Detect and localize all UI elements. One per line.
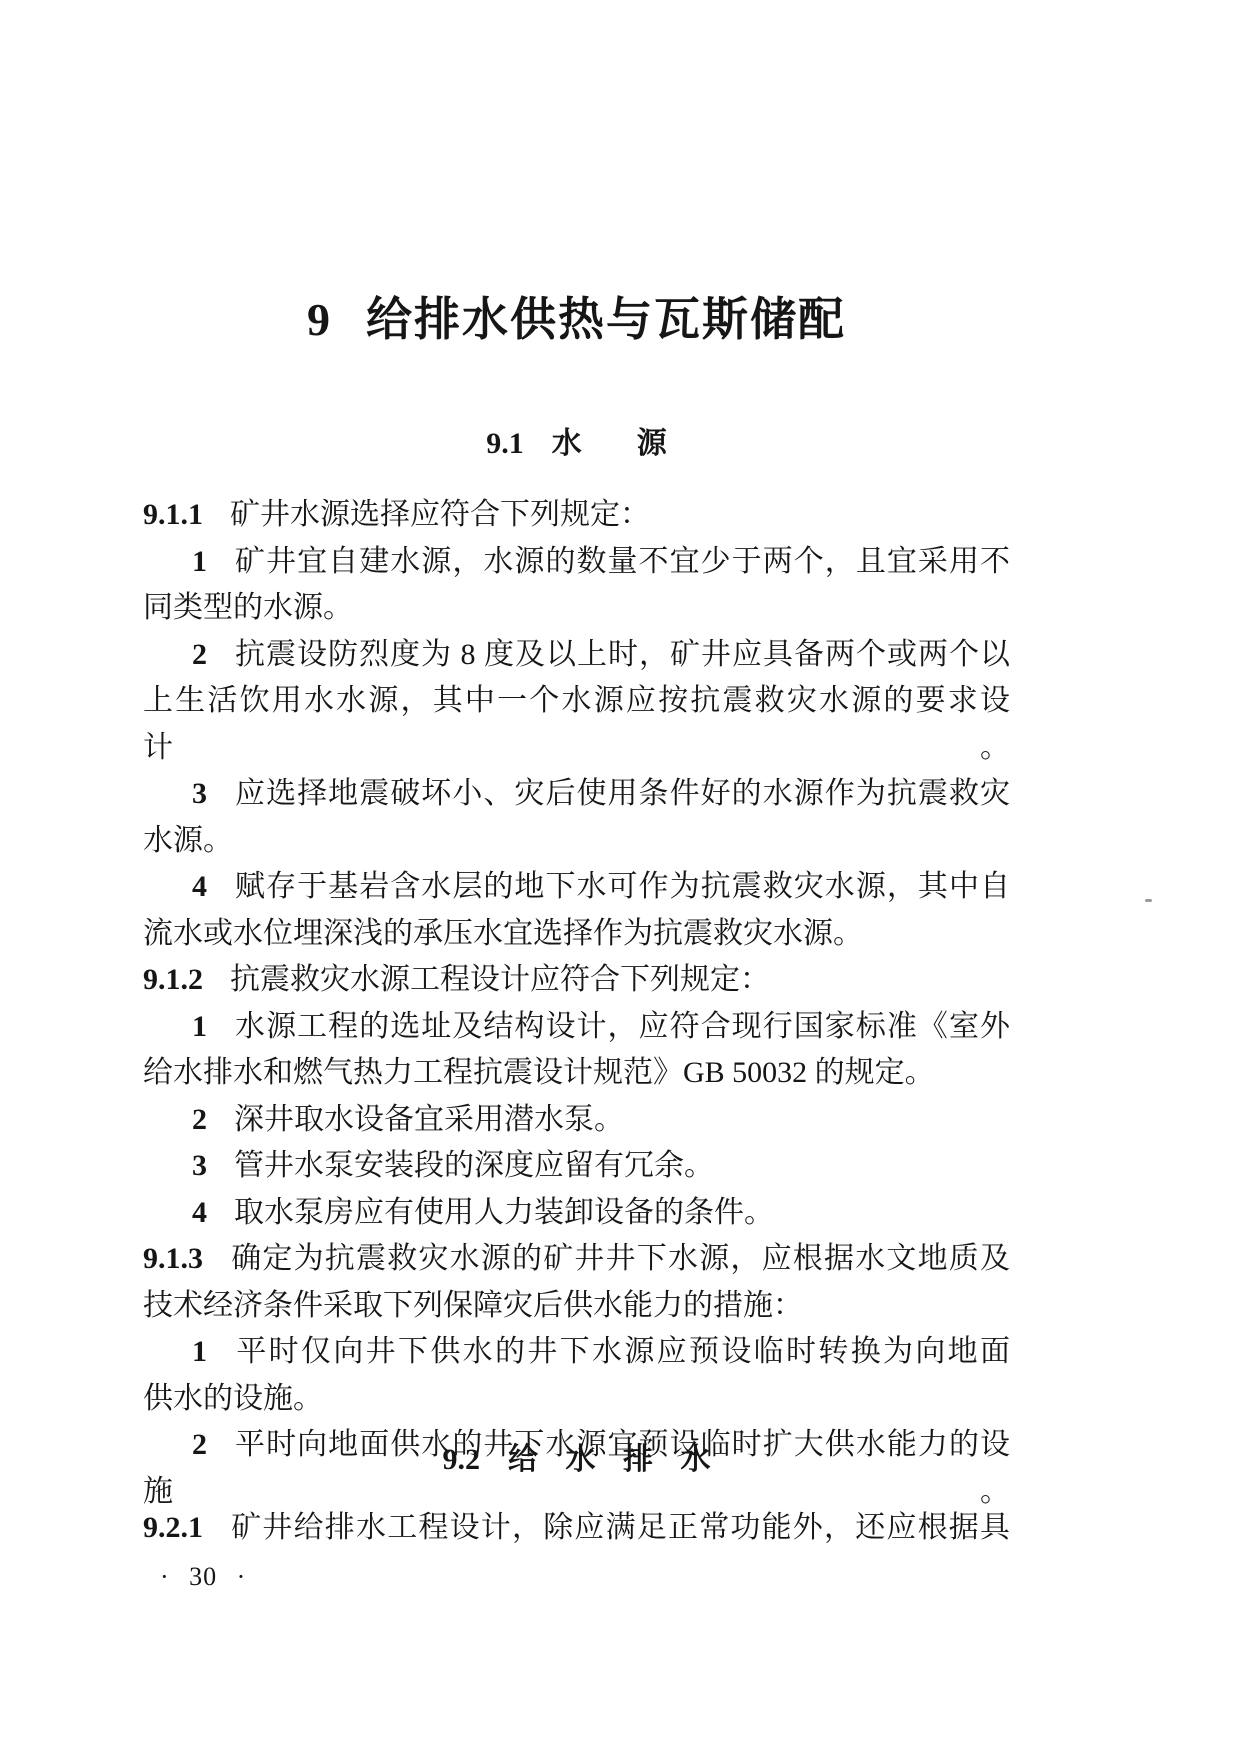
section-heading-9-1: 9.1水 源 <box>143 424 1010 464</box>
clause-line: 9.1.1矿井水源选择应符合下列规定： <box>143 492 1010 539</box>
clause-text: 上生活饮用水水源，其中一个水源应按抗震救灾水源的要求设计。 <box>143 684 1010 764</box>
clause-text: 给水排水和燃气热力工程抗震设计规范》GB 50032 的规定。 <box>143 1056 935 1089</box>
clause-line: 9.1.3确定为抗震救灾水源的矿井井下水源，应根据水文地质及 <box>143 1236 1010 1283</box>
clause-number: 9.1.3 <box>143 1242 203 1275</box>
continuation-line: 同类型的水源。 <box>143 585 1010 632</box>
clause-text: 矿井给排水工程设计，除应满足正常功能外，还应根据具 <box>230 1511 1010 1544</box>
clause-text: 流水或水位埋深浅的承压水宜选择作为抗震救灾水源。 <box>143 917 863 950</box>
clause-number: 9.1.1 <box>143 498 203 531</box>
continuation-line: 给水排水和燃气热力工程抗震设计规范》GB 50032 的规定。 <box>143 1050 1010 1097</box>
clause-line: 1平时仅向井下供水的井下水源应预设临时转换为向地面 <box>143 1329 1010 1376</box>
section-number: 9.1 <box>486 427 524 460</box>
chapter-title: 9给排水供热与瓦斯储配 <box>143 292 1010 348</box>
continuation-line: 技术经济条件采取下列保障灾后供水能力的措施： <box>143 1283 1010 1330</box>
clause-text: 矿井宜自建水源，水源的数量不宜少于两个，且宜采用不 <box>234 545 1010 578</box>
clause-number: 1 <box>192 1335 207 1368</box>
clause-text: 赋存于基岩含水层的地下水可作为抗震救灾水源，其中自 <box>234 870 1010 903</box>
clause-text: 水源。 <box>143 824 233 857</box>
section-title: 给 水 排 水 <box>508 1443 711 1476</box>
page-number: · 30 · <box>160 1562 246 1592</box>
clause-line: 2抗震设防烈度为 8 度及以上时，矿井应具备两个或两个以 <box>143 632 1010 679</box>
clause-text: 同类型的水源。 <box>143 591 353 624</box>
clause-line: 3管井水泵安装段的深度应留有冗余。 <box>143 1143 1010 1190</box>
section-heading-9-2: 9.2给 水 排 水 <box>143 1440 1010 1480</box>
clause-number: 4 <box>192 1196 207 1229</box>
clause-number: 2 <box>192 638 207 671</box>
clause-line: 2深井取水设备宜采用潜水泵。 <box>143 1097 1010 1144</box>
clause-text: 确定为抗震救灾水源的矿井井下水源，应根据水文地质及 <box>230 1242 1010 1275</box>
clause-line: 4赋存于基岩含水层的地下水可作为抗震救灾水源，其中自 <box>143 864 1010 911</box>
clause-number: 1 <box>192 1010 207 1043</box>
clause-line: 3应选择地震破坏小、灾后使用条件好的水源作为抗震救灾 <box>143 771 1010 818</box>
clause-number: 3 <box>192 777 207 810</box>
clause-text: 水源工程的选址及结构设计，应符合现行国家标准《室外 <box>234 1010 1010 1043</box>
continuation-line: 水源。 <box>143 818 1010 865</box>
clause-line: 4取水泵房应有使用人力装卸设备的条件。 <box>143 1190 1010 1237</box>
clause-number: 3 <box>192 1149 207 1182</box>
clause-text: 技术经济条件采取下列保障灾后供水能力的措施： <box>143 1289 803 1322</box>
clause-text: 应选择地震破坏小、灾后使用条件好的水源作为抗震救灾 <box>234 777 1010 810</box>
clause-text: 管井水泵安装段的深度应留有冗余。 <box>234 1149 714 1182</box>
clause-text: 抗震设防烈度为 8 度及以上时，矿井应具备两个或两个以 <box>234 638 1010 671</box>
continuation-line: 供水的设施。 <box>143 1376 1010 1423</box>
document-page: 9给排水供热与瓦斯储配 9.1水 源 9.1.1矿井水源选择应符合下列规定：1矿… <box>0 0 1241 1755</box>
continuation-line: 流水或水位埋深浅的承压水宜选择作为抗震救灾水源。 <box>143 911 1010 958</box>
chapter-title-text: 给排水供热与瓦斯储配 <box>366 294 846 345</box>
clause-text: 平时仅向井下供水的井下水源应预设临时转换为向地面 <box>234 1335 1010 1368</box>
clause-line: 9.1.2抗震救灾水源工程设计应符合下列规定： <box>143 957 1010 1004</box>
clause-number: 9.1.2 <box>143 963 203 996</box>
clause-number: 9.2.1 <box>143 1511 203 1544</box>
chapter-number: 9 <box>307 294 330 345</box>
clause-text: 矿井水源选择应符合下列规定： <box>230 498 650 531</box>
clause-text: 取水泵房应有使用人力装卸设备的条件。 <box>234 1196 774 1229</box>
section-title: 水 源 <box>552 427 667 460</box>
clause-number: 4 <box>192 870 207 903</box>
section-number: 9.2 <box>443 1443 481 1476</box>
clause-line: 1矿井宜自建水源，水源的数量不宜少于两个，且宜采用不 <box>143 539 1010 586</box>
clause-number: 2 <box>192 1103 207 1136</box>
clause-number: 1 <box>192 545 207 578</box>
section-9-2-body: 9.2.1矿井给排水工程设计，除应满足正常功能外，还应根据具 <box>143 1505 1010 1552</box>
scan-speck <box>1145 899 1152 902</box>
clause-text: 抗震救灾水源工程设计应符合下列规定： <box>230 963 770 996</box>
clause-text: 深井取水设备宜采用潜水泵。 <box>234 1103 624 1136</box>
section-9-1-body: 9.1.1矿井水源选择应符合下列规定：1矿井宜自建水源，水源的数量不宜少于两个，… <box>143 492 1010 1515</box>
clause-line: 1水源工程的选址及结构设计，应符合现行国家标准《室外 <box>143 1004 1010 1051</box>
clause-text: 供水的设施。 <box>143 1382 323 1415</box>
continuation-line: 上生活饮用水水源，其中一个水源应按抗震救灾水源的要求设计。 <box>143 678 1010 771</box>
clause-line: 9.2.1矿井给排水工程设计，除应满足正常功能外，还应根据具 <box>143 1505 1010 1552</box>
